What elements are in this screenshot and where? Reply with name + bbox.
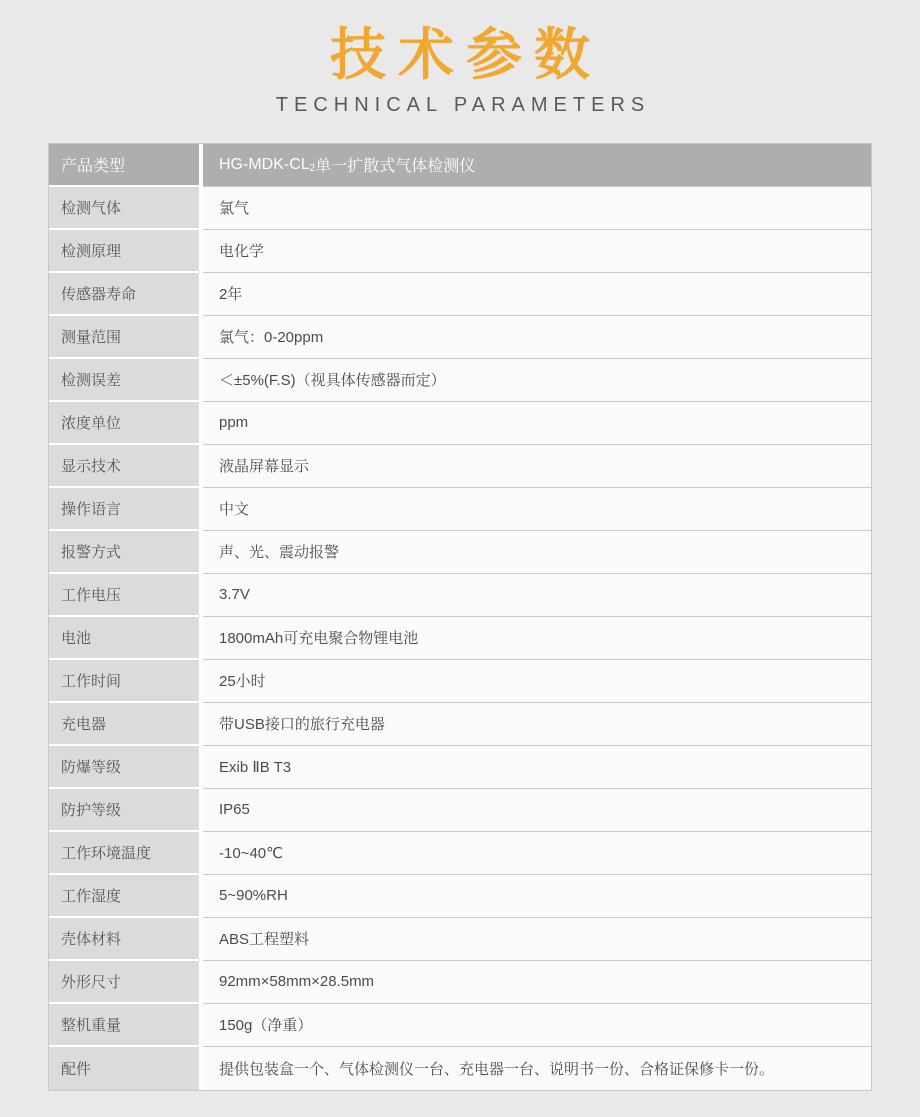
row-label: 工作环境温度 (49, 832, 199, 875)
row-value: 92mm×58mm×28.5mm (203, 961, 871, 1004)
row-value: 提供包装盒一个、气体检测仪一台、充电器一台、说明书一份、合格证保修卡一份。 (203, 1047, 871, 1090)
page: 技术参数 TECHNICAL PARAMETERS 产品类型 HG-MDK-CL… (0, 0, 920, 1117)
row-label: 防护等级 (49, 789, 199, 832)
table-row: 防护等级 IP65 (49, 789, 871, 832)
row-value: Exib ⅡB T3 (203, 746, 871, 789)
table-header-label: 产品类型 (49, 144, 199, 187)
table-row: 电池 1800mAh可充电聚合物锂电池 (49, 617, 871, 660)
row-value: 声、光、震动报警 (203, 531, 871, 574)
row-value: 氯气：0-20ppm (203, 316, 871, 359)
row-label: 充电器 (49, 703, 199, 746)
table-row: 显示技术 液晶屏幕显示 (49, 445, 871, 488)
table-row: 整机重量 150g（净重） (49, 1004, 871, 1047)
table-body: 检测气体 氯气 检测原理 电化学 传感器寿命 2年 测量范围 氯气：0-20pp… (49, 187, 871, 1090)
table-row: 配件 提供包装盒一个、气体检测仪一台、充电器一台、说明书一份、合格证保修卡一份。 (49, 1047, 871, 1090)
table-row: 检测原理 电化学 (49, 230, 871, 273)
page-subtitle: TECHNICAL PARAMETERS (6, 94, 920, 117)
row-value: 电化学 (203, 230, 871, 273)
row-label: 工作电压 (49, 574, 199, 617)
row-value: 1800mAh可充电聚合物锂电池 (203, 617, 871, 660)
row-label: 工作时间 (49, 660, 199, 703)
table-header-row: 产品类型 HG-MDK-CL2单一扩散式气体检测仪 (49, 144, 871, 187)
row-value: 氯气 (203, 187, 871, 230)
row-value: -10~40℃ (203, 832, 871, 875)
row-label: 检测气体 (49, 187, 199, 230)
row-value: 5~90%RH (203, 875, 871, 918)
table-row: 浓度单位 ppm (49, 402, 871, 445)
row-label: 检测原理 (49, 230, 199, 273)
table-row: 工作环境温度 -10~40℃ (49, 832, 871, 875)
row-value: 150g（净重） (203, 1004, 871, 1047)
row-value: ABS工程塑料 (203, 918, 871, 961)
row-value: 3.7V (203, 574, 871, 617)
spec-table: 产品类型 HG-MDK-CL2单一扩散式气体检测仪 检测气体 氯气 检测原理 电… (48, 143, 872, 1091)
row-label: 防爆等级 (49, 746, 199, 789)
table-row: 工作电压 3.7V (49, 574, 871, 617)
row-value: 液晶屏幕显示 (203, 445, 871, 488)
row-label: 显示技术 (49, 445, 199, 488)
product-model-prefix: HG-MDK-CL (219, 156, 310, 174)
row-label: 配件 (49, 1047, 199, 1090)
row-label: 检测误差 (49, 359, 199, 402)
table-row: 操作语言 中文 (49, 488, 871, 531)
product-model-suffix: 单一扩散式气体检测仪 (315, 153, 475, 176)
row-label: 传感器寿命 (49, 273, 199, 316)
row-label: 报警方式 (49, 531, 199, 574)
table-row: 工作湿度 5~90%RH (49, 875, 871, 918)
row-label: 外形尺寸 (49, 961, 199, 1004)
table-row: 报警方式 声、光、震动报警 (49, 531, 871, 574)
table-row: 防爆等级 Exib ⅡB T3 (49, 746, 871, 789)
row-label: 测量范围 (49, 316, 199, 359)
table-row: 壳体材料 ABS工程塑料 (49, 918, 871, 961)
row-value: 带USB接口的旅行充电器 (203, 703, 871, 746)
table-header-value: HG-MDK-CL2单一扩散式气体检测仪 (203, 144, 871, 187)
row-value: ppm (203, 402, 871, 445)
table-row: 测量范围 氯气：0-20ppm (49, 316, 871, 359)
page-title: 技术参数 (12, 24, 920, 86)
row-label: 壳体材料 (49, 918, 199, 961)
table-row: 工作时间 25小时 (49, 660, 871, 703)
row-label: 电池 (49, 617, 199, 660)
table-row: 检测气体 氯气 (49, 187, 871, 230)
section-heading: 技术参数 TECHNICAL PARAMETERS (0, 0, 920, 117)
row-label: 浓度单位 (49, 402, 199, 445)
row-value: 中文 (203, 488, 871, 531)
table-row: 检测误差 ＜±5%(F.S)（视具体传感器而定） (49, 359, 871, 402)
table-row: 充电器 带USB接口的旅行充电器 (49, 703, 871, 746)
row-value: ＜±5%(F.S)（视具体传感器而定） (203, 359, 871, 402)
row-value: IP65 (203, 789, 871, 832)
row-label: 操作语言 (49, 488, 199, 531)
row-label: 整机重量 (49, 1004, 199, 1047)
table-row: 传感器寿命 2年 (49, 273, 871, 316)
row-value: 2年 (203, 273, 871, 316)
row-value: 25小时 (203, 660, 871, 703)
row-label: 工作湿度 (49, 875, 199, 918)
table-row: 外形尺寸 92mm×58mm×28.5mm (49, 961, 871, 1004)
